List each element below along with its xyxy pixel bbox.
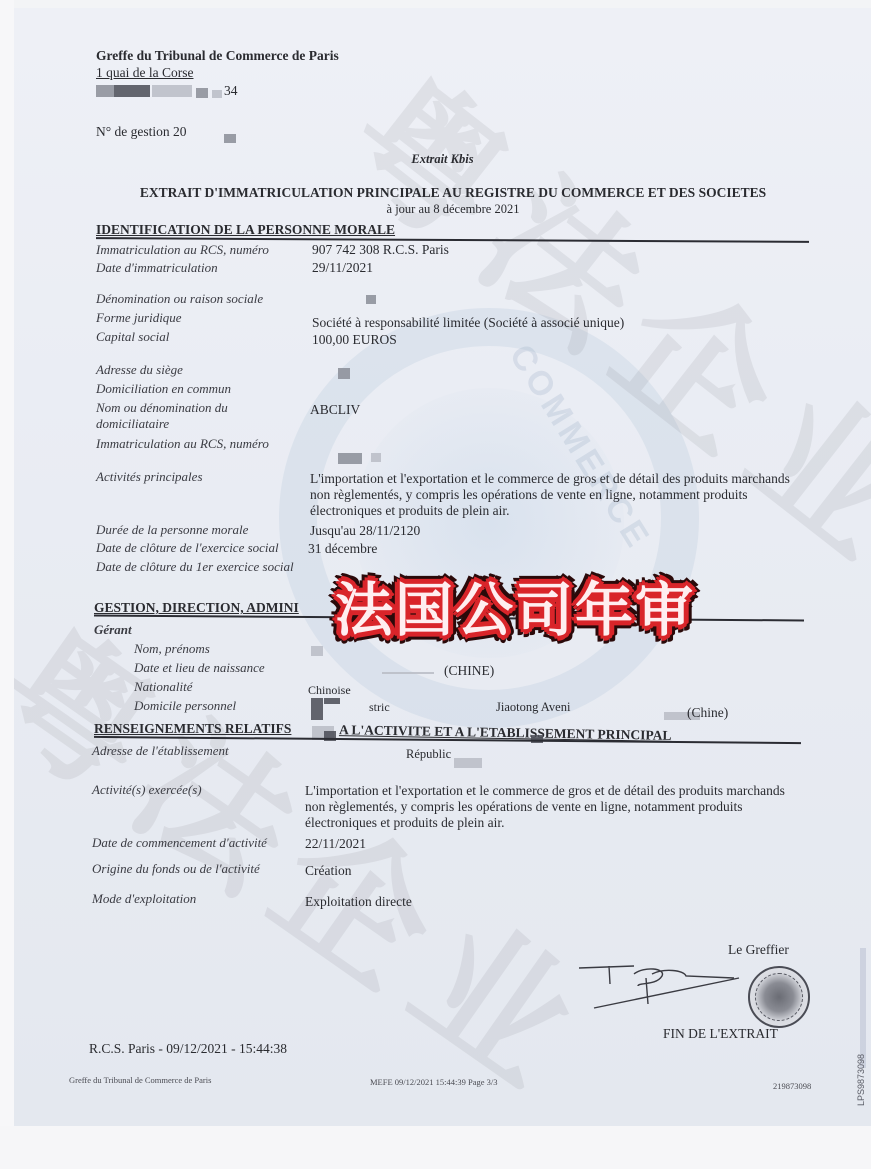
vertical-serial-code: LPS9873098 [856, 1054, 866, 1106]
court-name: Greffe du Tribunal de Commerce de Paris [96, 48, 339, 64]
field-label: Nom, prénoms [134, 641, 210, 657]
court-address: 1 quai de la Corse [96, 65, 193, 81]
document-subtitle: Extrait Kbis [14, 152, 871, 167]
field-label: Adresse du siège [96, 362, 183, 378]
section-heading-activity: RENSEIGNEMENTS RELATIFS [94, 721, 291, 737]
field-value-domiciliary: ABCLIV [310, 402, 360, 418]
field-value-fiscal-year-end: 31 décembre [308, 541, 377, 557]
redacted-address [338, 368, 350, 379]
field-label: Domicile personnel [134, 698, 236, 714]
field-value-domicile-part: stric [369, 700, 390, 715]
postal-code-suffix: 34 [224, 83, 238, 99]
field-value-operating-mode: Exploitation directe [305, 894, 412, 910]
redacted-block [96, 85, 114, 97]
field-label: Capital social [96, 329, 169, 345]
field-label: Activité(s) exercée(s) [92, 782, 202, 798]
redacted-manager-name [311, 646, 323, 656]
field-label: Adresse de l'établissement [92, 743, 229, 759]
field-value-establishment-address: Républic [406, 747, 451, 762]
section-heading-management: GESTION, DIRECTION, ADMINI [94, 600, 299, 616]
field-value-origin: Création [305, 863, 352, 879]
redacted-establishment-address [454, 758, 482, 768]
field-value-rcs-number: 907 742 308 R.C.S. Paris [312, 242, 449, 258]
field-label: Date de clôture de l'exercice social [96, 540, 279, 556]
gestion-number-label: N° de gestion 20 [96, 124, 187, 140]
field-label: Date d'immatriculation [96, 260, 218, 276]
field-value-activities-exercised: L'importation et l'exportation et le com… [305, 783, 805, 831]
scan-bottom-margin [0, 1126, 871, 1169]
overlay-banner-title: 法国公司年审 [300, 566, 730, 644]
redacted-block [212, 90, 222, 98]
field-value-main-activities: L'importation et l'exportation et le com… [310, 471, 810, 519]
redacted-block [196, 88, 208, 98]
document-title: EXTRAIT D'IMMATRICULATION PRINCIPALE AU … [14, 185, 871, 201]
redacted-domicile [311, 698, 323, 720]
field-label: Dénomination ou raison sociale [96, 291, 263, 307]
scan-edge [0, 0, 14, 1169]
footer-reference: MEFE 09/12/2021 15:44:39 Page 3/3 [370, 1077, 498, 1087]
margin-bar [860, 948, 866, 1068]
field-label: Durée de la personne morale [96, 522, 248, 538]
end-of-extract: FIN DE L'EXTRAIT [663, 1026, 778, 1042]
field-value-legal-form: Société à responsabilité limitée (Sociét… [312, 315, 624, 331]
signature-icon [574, 956, 744, 1026]
field-label: Domiciliation en commun [96, 381, 231, 397]
field-value-registration-date: 29/11/2021 [312, 260, 373, 276]
field-value-capital: 100,00 EUROS [312, 332, 397, 348]
field-value-start-date: 22/11/2021 [305, 836, 366, 852]
redacted-block [152, 85, 192, 97]
manager-role: Gérant [94, 622, 132, 638]
document-date: à jour au 8 décembre 2021 [14, 202, 871, 217]
field-label: Mode d'exploitation [92, 891, 196, 907]
redacted-block [114, 85, 150, 97]
field-label: Immatriculation au RCS, numéro [96, 436, 269, 452]
field-value-domicile-street: Jiaotong Aveni [496, 700, 570, 715]
redacted-birth-info [382, 672, 434, 674]
redacted-rcs-number [371, 453, 381, 462]
footer-document-number: 219873098 [773, 1081, 811, 1091]
court-seal-icon [748, 966, 810, 1028]
field-value-duration: Jusqu'au 28/11/2120 [310, 523, 420, 539]
section-heading-identification: IDENTIFICATION DE LA PERSONNE MORALE [96, 222, 395, 238]
rcs-timestamp: R.C.S. Paris - 09/12/2021 - 15:44:38 [89, 1041, 287, 1057]
redacted-block [224, 134, 236, 143]
field-label: Date de commencement d'activité [92, 835, 267, 851]
field-label: Activités principales [96, 469, 203, 485]
redacted-company-name [366, 295, 376, 304]
field-label: Origine du fonds ou de l'activité [92, 861, 260, 877]
field-value-birthplace: (CHINE) [444, 663, 494, 679]
footer-court: Greffe du Tribunal de Commerce de Paris [69, 1075, 211, 1085]
field-value-nationality: Chinoise [308, 683, 351, 698]
document-page: COMMERCE 粤法企业 粤法企业 Greffe du Tribunal de… [14, 8, 871, 1126]
field-label: Date et lieu de naissance [134, 660, 265, 676]
field-label: Forme juridique [96, 310, 182, 326]
field-label: Nationalité [134, 679, 193, 695]
field-label: Date de clôture du 1er exercice social [96, 559, 296, 575]
field-label: Nom ou dénomination du domiciliataire [96, 400, 266, 432]
field-label: Immatriculation au RCS, numéro [96, 242, 269, 258]
redacted-domicile [324, 698, 340, 704]
field-value-domicile-country: (Chine) [687, 705, 728, 721]
redacted-rcs-number [338, 453, 362, 464]
